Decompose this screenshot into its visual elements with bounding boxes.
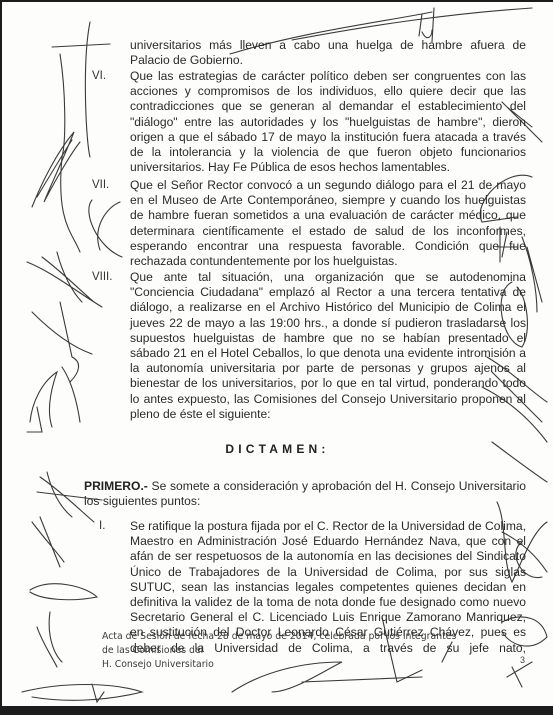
footer-line-2: H. Consejo Universitario (102, 658, 462, 672)
item-number: VIII. (92, 270, 112, 285)
item-number: VII. (92, 178, 109, 193)
item-text: Que ante tal situación, una organización… (130, 270, 526, 422)
primero-text: Se somete a consideración y aprobación d… (84, 479, 526, 508)
continuation-line-1: universitarios más lleven a cabo una hue… (130, 38, 526, 53)
document-page: universitarios más lleven a cabo una hue… (2, 2, 553, 706)
primero-label: PRIMERO.- (84, 479, 148, 493)
primero-paragraph: PRIMERO.- Se somete a consideración y ap… (84, 479, 526, 509)
item-number: I. (99, 519, 105, 534)
page-number: 3 (520, 655, 525, 665)
continuation-line-2: Palacio de Gobierno. (130, 53, 526, 68)
item-text: Que el Señor Rector convocó a un segundo… (130, 178, 526, 269)
page-footer: Acta de Sesión de fecha 28 de mayo de 20… (102, 630, 462, 672)
section-heading: DICTAMEN: (2, 442, 553, 456)
item-number: VI. (92, 69, 106, 84)
footer-line-1: Acta de Sesión de fecha 28 de mayo de 20… (102, 630, 462, 658)
continuation-text: universitarios más lleven a cabo una hue… (130, 38, 526, 68)
item-text: Que las estrategias de carácter político… (130, 69, 526, 175)
